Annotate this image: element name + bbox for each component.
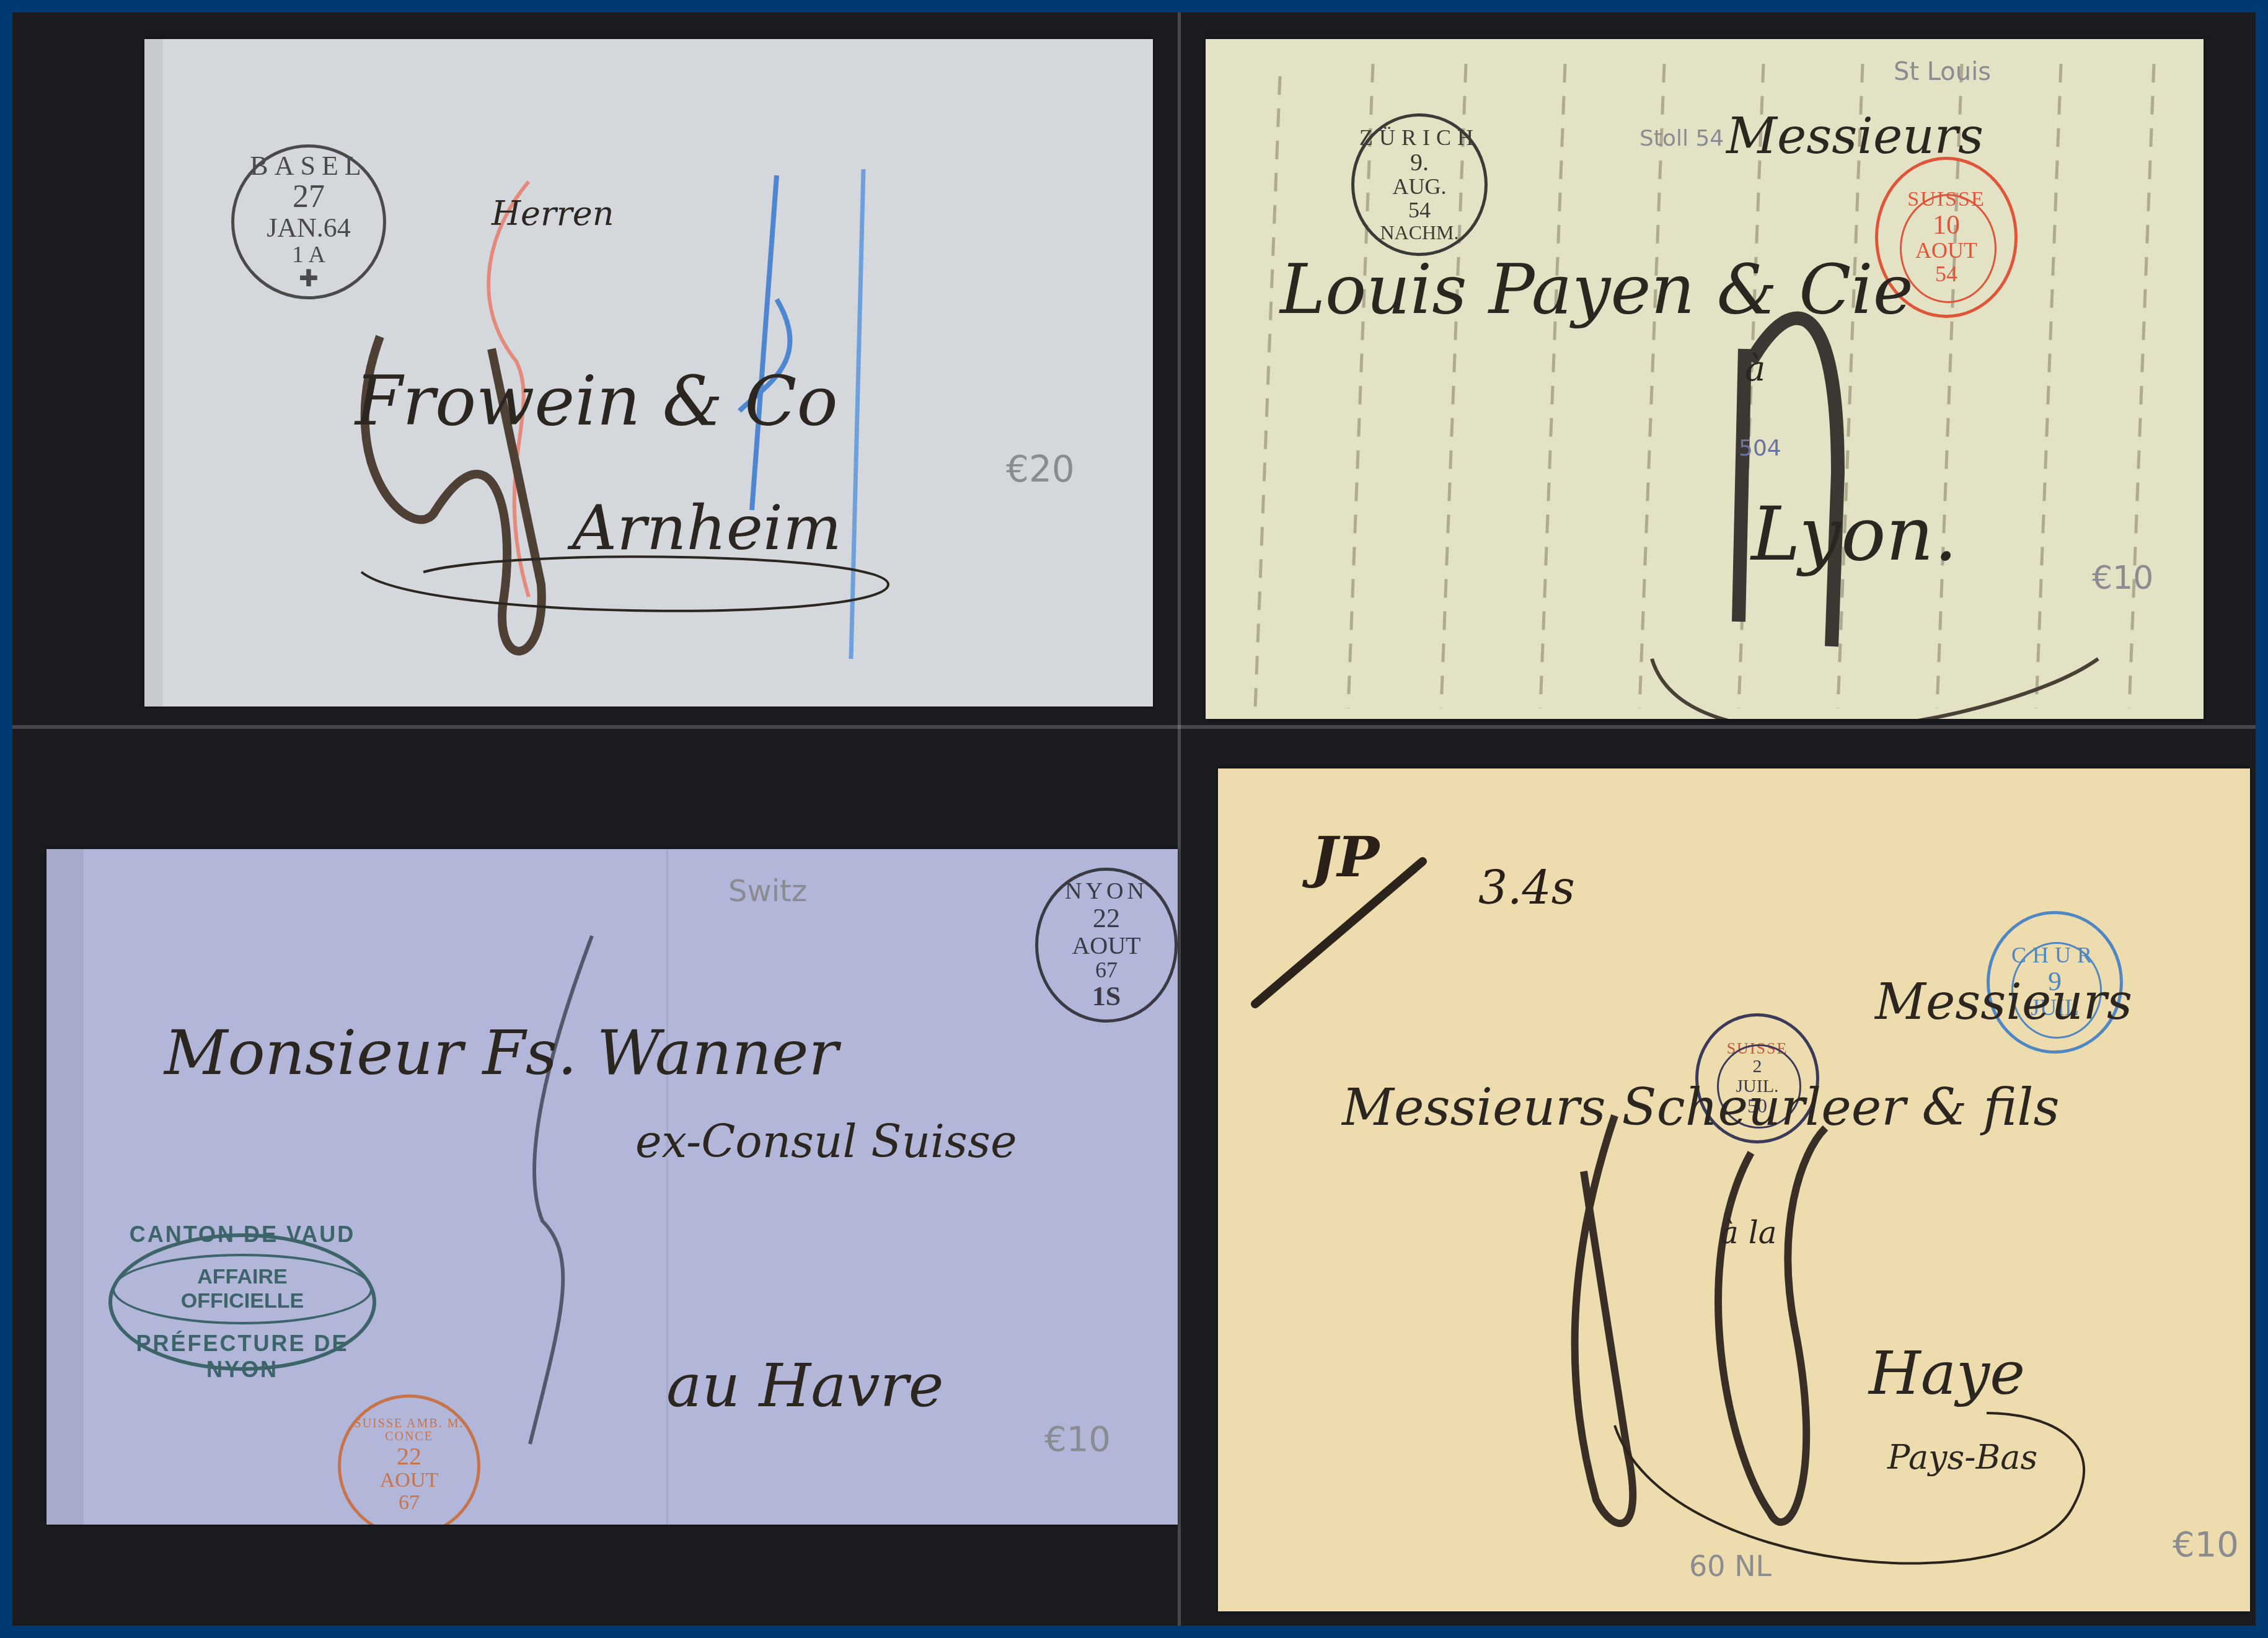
address-salutation: Herren — [492, 194, 614, 233]
sleeve-edge — [1178, 12, 1181, 1626]
sleeve-edge — [12, 725, 2256, 729]
address-prefix: à — [1745, 349, 1765, 389]
pencil-note: Stoll 54 — [1639, 126, 1724, 151]
address-salutation: Messieurs — [1726, 107, 1983, 165]
address-city: Haye — [1869, 1339, 2025, 1408]
address-prefix: à la — [1720, 1215, 1777, 1251]
address-salutation: Messieurs — [1875, 973, 2132, 1031]
oval-bottom-text: PRÉFECTURE DE NYON — [112, 1331, 373, 1383]
pencil-note: 60 NL — [1689, 1549, 1772, 1583]
pencil-note: St Louis — [1894, 58, 1991, 86]
cover-zurich-lyon: ZÜRICH 9. AUG. 54 NACHM. SUISSE 10 AOUT … — [1206, 39, 2204, 719]
pencil-price-note: €20 — [1006, 448, 1075, 490]
rate-mark: 3.4s — [1478, 861, 1575, 915]
pencil-price-note: €10 — [1044, 1419, 1111, 1460]
franking-mark: JP — [1311, 824, 1379, 890]
address-city: Lyon. — [1751, 491, 1957, 578]
address-line-2: ex-Consul Suisse — [635, 1116, 1017, 1168]
address-country: Pays-Bas — [1887, 1438, 2037, 1477]
cover-chur-haye: JP 3.4s CHUR 9 JUIL SUISSE 2 JUIL. 50 Me… — [1218, 768, 2250, 1611]
address-name: Frowein & Co — [355, 361, 838, 441]
pencil-price-note: €10 — [2173, 1525, 2239, 1565]
pencil-note: 504 — [1739, 436, 1781, 461]
manuscript-strokes — [46, 849, 1178, 1525]
cover-basel-arnheim: BASEL 27 JAN.64 1 A ✚ Herren Frowein & C… — [144, 39, 1153, 707]
manuscript-strokes — [1218, 768, 2250, 1611]
pencil-note: Switz — [728, 874, 807, 909]
official-mail-oval-stamp: CANTON DE VAUD AFFAIRE OFFICIELLE PRÉFEC… — [108, 1233, 376, 1371]
oval-center-text: AFFAIRE OFFICIELLE — [112, 1254, 373, 1324]
address-name: Messieurs Scheurleer & fils — [1342, 1078, 2060, 1137]
oval-top-text: CANTON DE VAUD — [130, 1222, 356, 1248]
postmark-zurich: ZÜRICH 9. AUG. 54 NACHM. — [1351, 113, 1488, 256]
cover-nyon-havre: NYON 22 AOUT 67 1S CANTON DE VAUD AFFAIR… — [46, 849, 1178, 1525]
address-line-3: au Havre — [666, 1351, 943, 1420]
pencil-price-note: €10 — [2092, 560, 2153, 597]
postmark-nyon: NYON 22 AOUT 67 1S — [1035, 868, 1178, 1023]
address-line-1: Monsieur Fs. Wanner — [164, 1016, 838, 1089]
address-name: Louis Payen & Cie — [1280, 250, 1913, 329]
address-city: Arnheim — [572, 491, 842, 564]
